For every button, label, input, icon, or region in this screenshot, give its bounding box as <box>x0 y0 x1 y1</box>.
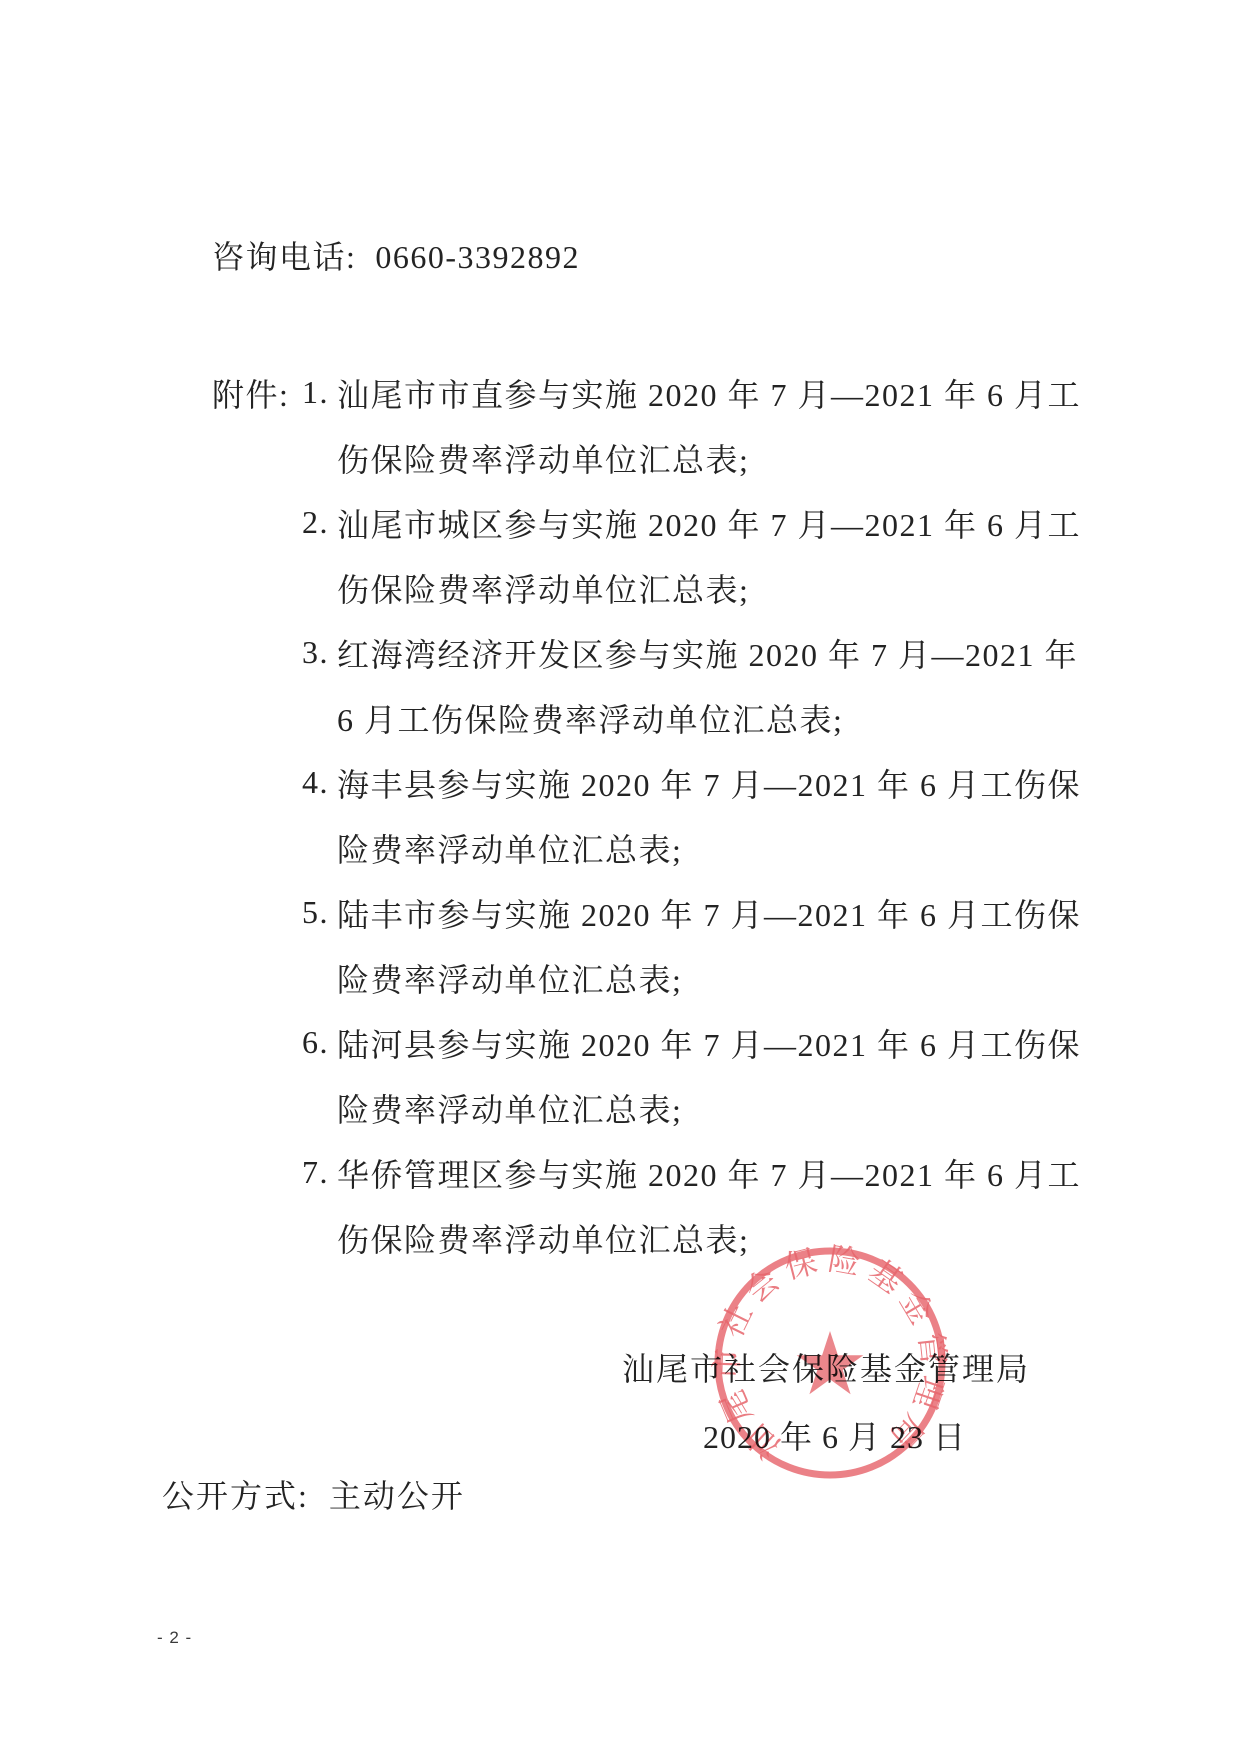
attachment-row: 6. 陆河县参与实施 2020 年 7 月—2021 年 6 月工伤保 <box>212 1010 1140 1075</box>
attachment-row: 6 月工伤保险费率浮动单位汇总表; <box>212 685 1140 750</box>
attachment-text: 险费率浮动单位汇总表; <box>337 825 682 871</box>
attachment-text: 海丰县参与实施 2020 年 7 月—2021 年 6 月工伤保 <box>337 760 1081 806</box>
attachment-row: 7. 华侨管理区参与实施 2020 年 7 月—2021 年 6 月工 <box>212 1140 1140 1205</box>
disclosure-method-line: 公开方式: 主动公开 <box>162 1475 465 1517</box>
attachment-row: 4. 海丰县参与实施 2020 年 7 月—2021 年 6 月工伤保 <box>212 750 1140 815</box>
attachment-row: 险费率浮动单位汇总表; <box>212 815 1140 880</box>
attachment-number: 1. <box>302 374 337 411</box>
attachment-text: 险费率浮动单位汇总表; <box>337 1085 682 1131</box>
attachment-row: 伤保险费率浮动单位汇总表; <box>212 1205 1140 1270</box>
attachment-text: 陆河县参与实施 2020 年 7 月—2021 年 6 月工伤保 <box>337 1020 1081 1066</box>
attachment-text: 汕尾市市直参与实施 2020 年 7 月—2021 年 6 月工 <box>337 370 1081 416</box>
attachment-number: 5. <box>302 894 337 931</box>
attachment-text: 红海湾经济开发区参与实施 2020 年 7 月—2021 年 <box>337 630 1078 676</box>
page-number: - 2 - <box>157 1628 192 1648</box>
attachment-text: 汕尾市城区参与实施 2020 年 7 月—2021 年 6 月工 <box>337 500 1081 546</box>
attachment-text: 伤保险费率浮动单位汇总表; <box>337 435 749 481</box>
attachment-text: 陆丰市参与实施 2020 年 7 月—2021 年 6 月工伤保 <box>337 890 1081 936</box>
consult-phone-line: 咨询电话: 0660-3392892 <box>212 236 580 278</box>
attachment-row: 2. 汕尾市城区参与实施 2020 年 7 月—2021 年 6 月工 <box>212 490 1140 555</box>
attachment-label: 附件: <box>212 370 302 416</box>
attachment-row: 险费率浮动单位汇总表; <box>212 1075 1140 1140</box>
attachment-number: 6. <box>302 1024 337 1061</box>
attachment-number: 3. <box>302 634 337 671</box>
attachment-number: 4. <box>302 764 337 801</box>
attachment-row: 5. 陆丰市参与实施 2020 年 7 月—2021 年 6 月工伤保 <box>212 880 1140 945</box>
attachment-row: 伤保险费率浮动单位汇总表; <box>212 425 1140 490</box>
attachment-text: 险费率浮动单位汇总表; <box>337 955 682 1001</box>
attachment-number: 2. <box>302 504 337 541</box>
attachment-text: 伤保险费率浮动单位汇总表; <box>337 1215 749 1261</box>
signature-date: 2020 年 6 月 23 日 <box>703 1416 966 1458</box>
attachment-row: 附件: 1. 汕尾市市直参与实施 2020 年 7 月—2021 年 6 月工 <box>212 360 1140 425</box>
attachment-row: 险费率浮动单位汇总表; <box>212 945 1140 1010</box>
attachment-row: 3. 红海湾经济开发区参与实施 2020 年 7 月—2021 年 <box>212 620 1140 685</box>
attachment-text: 伤保险费率浮动单位汇总表; <box>337 565 749 611</box>
attachment-text: 6 月工伤保险费率浮动单位汇总表; <box>337 695 843 741</box>
attachment-row: 伤保险费率浮动单位汇总表; <box>212 555 1140 620</box>
document-page: 咨询电话: 0660-3392892 附件: 1. 汕尾市市直参与实施 2020… <box>0 0 1240 1753</box>
attachment-number: 7. <box>302 1154 337 1191</box>
signature-agency: 汕尾市社会保险基金管理局 <box>622 1348 1030 1390</box>
attachment-text: 华侨管理区参与实施 2020 年 7 月—2021 年 6 月工 <box>337 1150 1081 1196</box>
attachment-list: 附件: 1. 汕尾市市直参与实施 2020 年 7 月—2021 年 6 月工 … <box>212 360 1140 1270</box>
